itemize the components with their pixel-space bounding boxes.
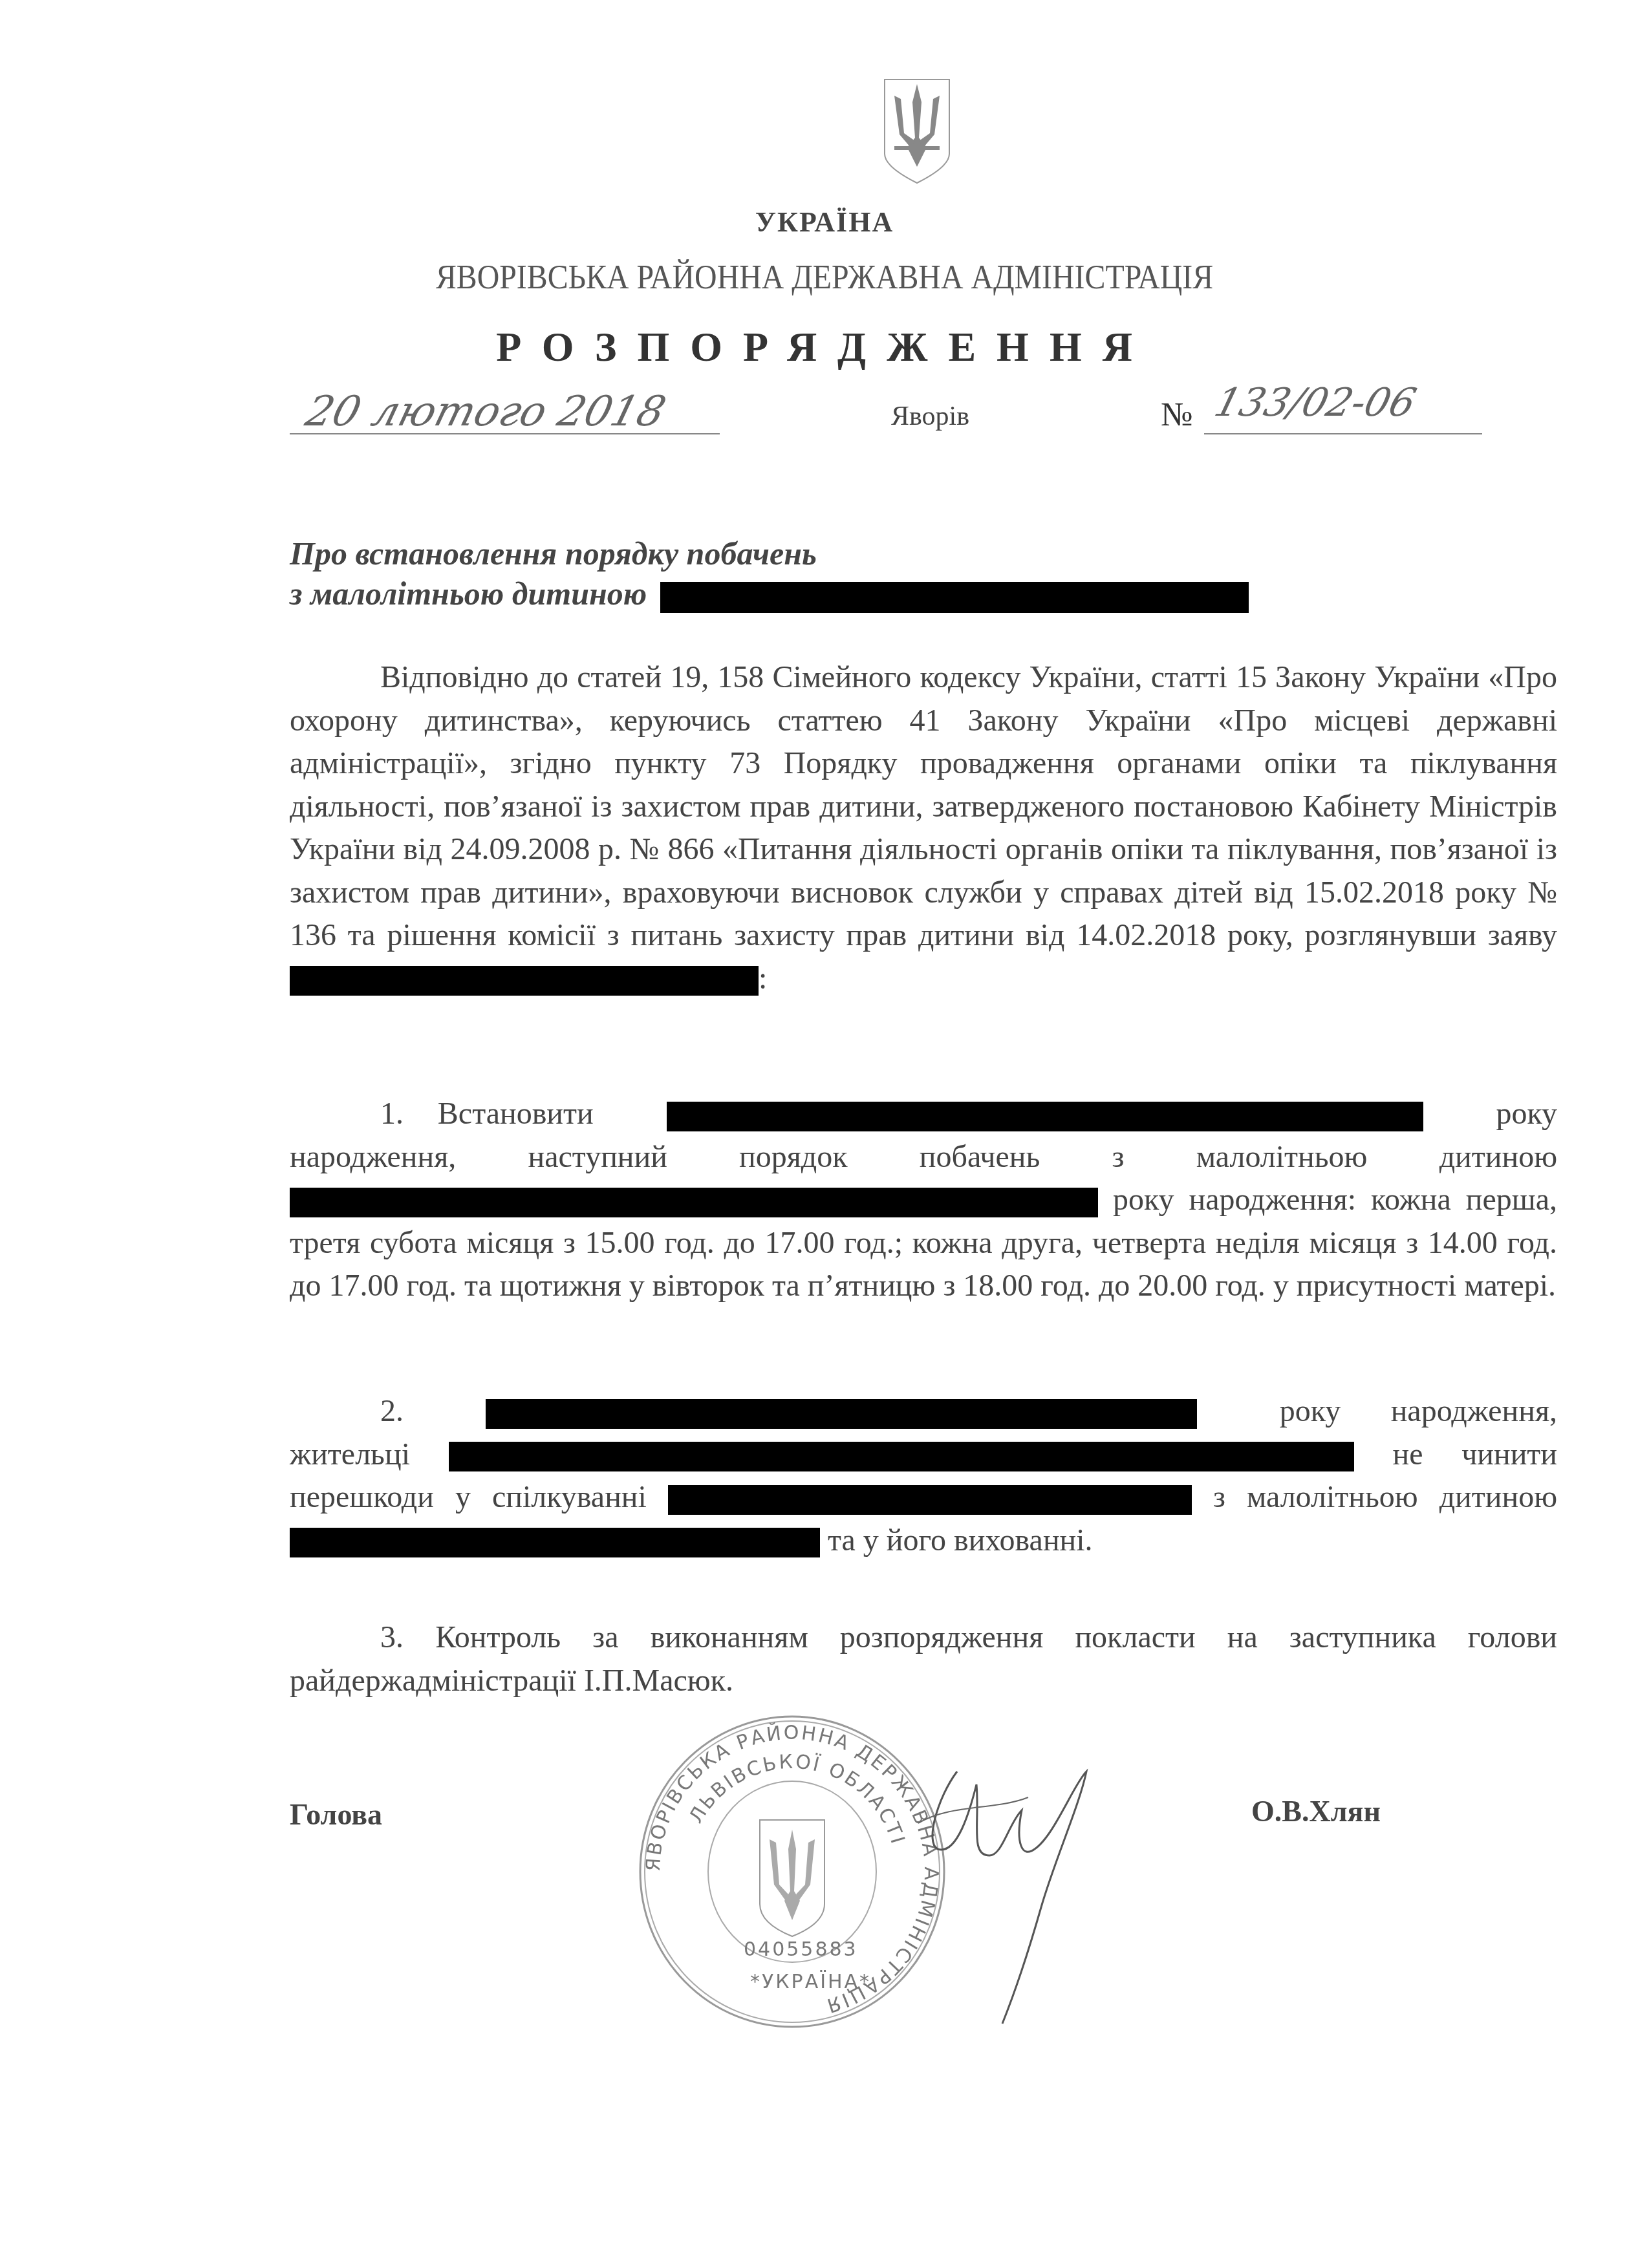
item-number: 2. — [380, 1394, 404, 1428]
country-heading: УКРАЇНА — [0, 206, 1649, 239]
subject-line-2: з малолітньою дитиною — [290, 575, 647, 612]
document-subject: Про встановлення порядку побачень з мало… — [290, 533, 1249, 614]
redacted-block — [290, 966, 759, 996]
preamble-end: : — [759, 961, 767, 996]
item-text: Контроль за виконанням розпорядження пок… — [290, 1620, 1557, 1698]
date-underline — [290, 433, 720, 434]
redacted-block — [660, 582, 1249, 613]
item-number: 3. — [380, 1620, 404, 1654]
handwritten-signature — [899, 1746, 1132, 2030]
authority-heading: ЯВОРІВСЬКА РАЙОННА ДЕРЖАВНА АДМІНІСТРАЦІ… — [66, 259, 1583, 297]
signatory-name: О.В.Хлян — [1251, 1794, 1381, 1828]
handwritten-date: 20 лютого 2018 — [301, 388, 671, 436]
document-type-heading: РОЗПОРЯДЖЕННЯ — [0, 323, 1649, 371]
redacted-block — [667, 1102, 1423, 1131]
order-item-1: 1. Встановити року народження, наступний… — [290, 1093, 1557, 1308]
redacted-block — [486, 1399, 1197, 1429]
redacted-block — [290, 1188, 1098, 1217]
item-text: та у його вихованні. — [828, 1523, 1093, 1557]
order-item-3: 3. Контроль за виконанням розпорядження … — [290, 1616, 1557, 1702]
preamble-paragraph: Відповідно до статей 19, 158 Сімейного к… — [290, 656, 1557, 1000]
redacted-block — [449, 1442, 1354, 1471]
item-text: з малолітньою дитиною — [1213, 1480, 1557, 1514]
place-label: Яворів — [891, 401, 969, 432]
subject-line-1: Про встановлення порядку побачень — [290, 533, 1249, 573]
item-text: Встановити — [438, 1097, 594, 1131]
preamble-text: Відповідно до статей 19, 158 Сімейного к… — [290, 660, 1557, 952]
signatory-title: Голова — [290, 1797, 382, 1832]
item-number: 1. — [380, 1097, 404, 1131]
redacted-block — [668, 1485, 1192, 1515]
redacted-block — [290, 1528, 820, 1557]
trident-coat-of-arms-icon — [881, 76, 953, 186]
order-item-2: 2. року народження, жительці не чинити п… — [290, 1390, 1557, 1562]
number-sign: № — [1161, 396, 1193, 434]
seal-code: 04055883 — [744, 1938, 858, 1961]
handwritten-document-number: 133/02-06 — [1210, 380, 1421, 425]
number-underline — [1204, 433, 1482, 434]
seal-bottom-text: *УКРАЇНА* — [750, 1970, 871, 1993]
